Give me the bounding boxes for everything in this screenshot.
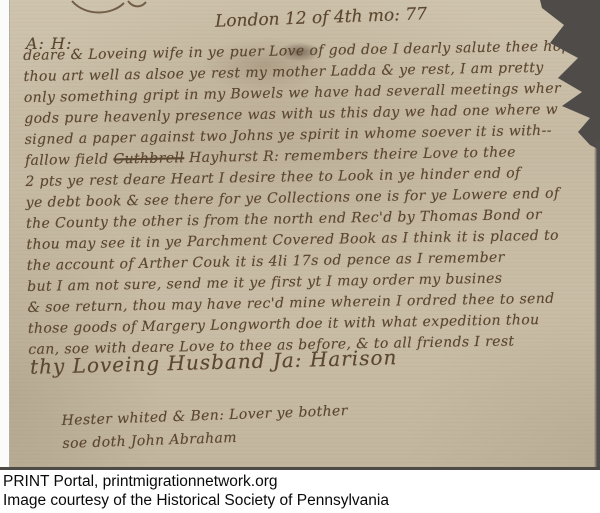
line-post-text: Hayhurst R: remembers theire Love to the…: [184, 144, 516, 166]
caption: PRINT Portal, printmigrationnetwork.org …: [0, 470, 600, 513]
scan-left-margin: [0, 0, 10, 467]
caption-credit: Image courtesy of the Historical Society…: [3, 491, 600, 510]
line-pre-text: fallow field: [25, 151, 114, 169]
pen-flourish-icon: [68, 0, 148, 18]
manuscript-postscript: Hester whited & Ben: Lover ye bother soe…: [61, 400, 349, 456]
letter-paper: London 12 of 4th mo: 77 A: H: deare & Lo…: [10, 0, 600, 467]
struck-word: Cuthbrell: [113, 150, 184, 167]
screenshot-root: London 12 of 4th mo: 77 A: H: deare & Lo…: [0, 0, 600, 513]
caption-source: PRINT Portal, printmigrationnetwork.org: [3, 472, 600, 491]
right-edge-backdrop: [594, 140, 600, 467]
manuscript-body: deare & Loveing wife in ye puer Love of …: [23, 36, 600, 361]
manuscript-dateline: London 12 of 4th mo: 77: [215, 4, 428, 31]
letter-photo: London 12 of 4th mo: 77 A: H: deare & Lo…: [0, 0, 600, 470]
